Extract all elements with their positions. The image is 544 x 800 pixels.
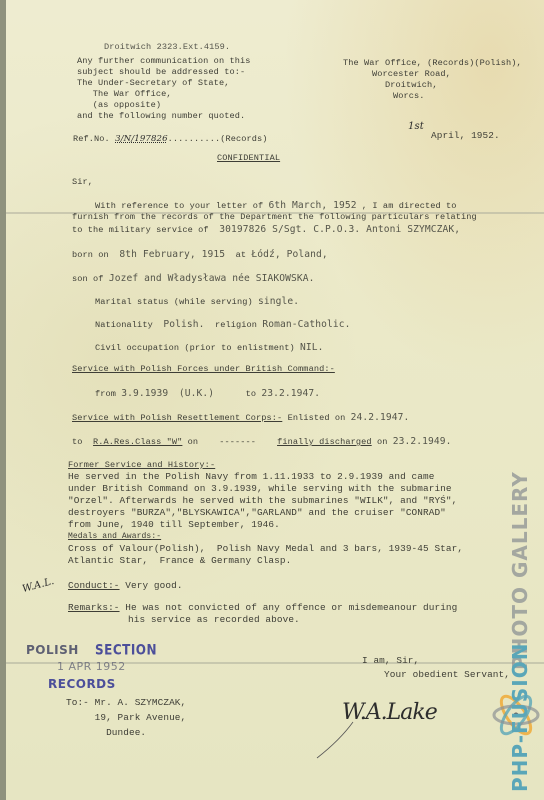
ref-value: 3/N/197826	[115, 134, 168, 144]
header-right-line: Droitwich,	[385, 80, 438, 91]
conduct-line: Conduct:- Very good.	[68, 580, 183, 591]
history-line: from June, 1940 till September, 1946.	[68, 519, 280, 531]
header-left-line: The War Office,	[77, 89, 172, 100]
addressee-line: Dundee.	[66, 727, 146, 738]
service-identifier: 30197826 S/Sgt. C.P.O.3. Antoni SZYMCZAK…	[219, 224, 460, 235]
letter-date: April, 1952.	[431, 130, 500, 141]
watermark-text-gallery: PHOTO GALLERY	[508, 471, 532, 670]
remarks-line: his service as recorded above.	[128, 614, 300, 625]
birth-date: 8th February, 1915	[119, 249, 225, 260]
header-right-line: Worcs.	[393, 91, 425, 102]
history-line: He served in the Polish Navy from 1.11.1…	[68, 471, 434, 483]
salutation: Sir,	[72, 177, 93, 188]
watermark-text-phpfusion: PHP-FUSION	[508, 643, 532, 793]
addressee-line: 19, Park Avenue,	[66, 712, 186, 723]
stamp-polish: POLISH	[26, 643, 79, 657]
history-heading: Former Service and History:-	[68, 460, 215, 471]
history-line: destroyers "BURZA","BLYSKAWICA","GARLAND…	[68, 507, 446, 519]
stamp-records: RECORDS	[48, 677, 116, 691]
parents-line: son of Jozef and Władysława née SIAKOWSK…	[72, 273, 314, 285]
history-line: under British Command on 3.9.1939, while…	[68, 483, 452, 495]
medals-line: Atlantic Star, France & Germany Clasp.	[68, 555, 291, 567]
date-handwritten: 1st	[408, 121, 424, 132]
marital-status: Marital status (while serving) single.	[95, 296, 299, 308]
discharge-line: to R.A.Res.Class "W" on ------- finally …	[72, 436, 452, 448]
british-command-dates: from 3.9.1939 (U.K.) to 23.2.1947.	[95, 388, 320, 400]
stamp-section: SECTION	[95, 642, 157, 658]
ref-suffix: ..........(Records)	[168, 134, 268, 144]
signature-flourish	[315, 700, 375, 760]
british-command-heading: Service with Polish Forces under British…	[72, 364, 335, 375]
nationality-religion: Nationality Polish. religion Roman-Catho…	[95, 319, 350, 331]
ref-label: Ref.No.	[73, 134, 110, 144]
header-right-line: The War Office, (Records)(Polish),	[343, 58, 522, 69]
classification-heading: CONFIDENTIAL	[217, 153, 280, 164]
intro-line-3: to the military service of 30197826 S/Sg…	[72, 224, 460, 236]
header-left-line: Any further communication on this	[77, 56, 250, 67]
intro-line-2: furnish from the records of the Departme…	[72, 212, 477, 223]
medals-line: Cross of Valour(Polish), Polish Navy Med…	[68, 543, 463, 555]
header-left-line: The Under-Secretary of State,	[77, 78, 229, 89]
civil-occupation: Civil occupation (prior to enlistment) N…	[95, 342, 324, 354]
history-line: "Orzel". Afterwards he served with the s…	[68, 495, 457, 507]
header-left-line: and the following number quoted.	[77, 111, 245, 122]
reference-number: Ref.No. 3/N/197826..........(Records)	[73, 134, 268, 145]
closing-line: I am, Sir,	[362, 655, 419, 666]
remarks-line: Remarks:- He was not convicted of any of…	[68, 602, 457, 613]
closing-line: Your obedient Servant,	[384, 669, 510, 680]
watermark: PHOTO GALLERY PHP-FUSION	[500, 420, 540, 800]
medals-heading: Medals and Awards:-	[68, 531, 161, 542]
header-left-line: subject should be addressed to:-	[77, 67, 245, 78]
header-left-line: (as opposite)	[77, 100, 161, 111]
resettlement-heading: Service with Polish Resettlement Corps:-	[72, 413, 282, 423]
intro-line-1: With reference to your letter of 6th Mar…	[95, 200, 457, 212]
phone-line: Droitwich 2323.Ext.4159.	[104, 42, 230, 53]
resettlement-line: Service with Polish Resettlement Corps:-…	[72, 412, 409, 424]
header-right-line: Worcester Road,	[372, 69, 451, 80]
parents-names: Jozef and Władysława née SIAKOWSKA.	[109, 273, 315, 284]
born-line: born on 8th February, 1915 at Łódź, Pola…	[72, 249, 328, 261]
addressee-line: To:- Mr. A. SZYMCZAK,	[66, 697, 186, 708]
reference-letter-date: 6th March, 1952	[269, 200, 357, 211]
stamp-date: 1 APR 1952	[57, 660, 126, 673]
birth-place: Łódź, Poland,	[251, 249, 327, 260]
